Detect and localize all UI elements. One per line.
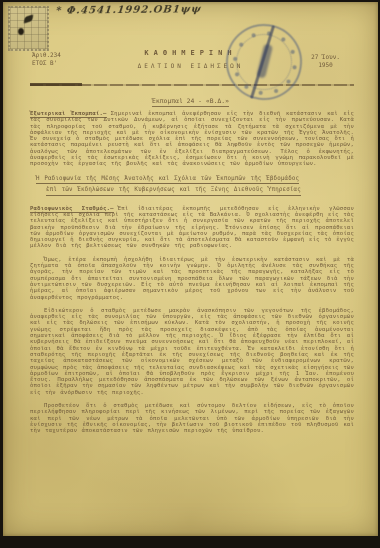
document-title: Ἐκπομπαὶ 24 - «Β.Δ.» <box>3 97 378 105</box>
header-divider-rule <box>30 84 354 86</box>
section-heading-line1: Ἡ Ραδιοφωνία τῆς Μέσης Ἀνατολῆς καὶ Σχόλ… <box>36 175 299 185</box>
date-day: 27 Ἰουν. <box>311 54 340 62</box>
paragraph: Ἐξωτερικαὶ Ἐκπομπαί.—Σημεριναὶ ἐκπομπαὶ … <box>30 111 354 168</box>
scan-background: * Φ.4541.1992.ΟΒ1ψψ Ἀριθ.234 ΕΤΟΣ Β' ΚΑΘ… <box>0 0 380 548</box>
ink-dot-mark <box>18 28 24 35</box>
document-page: * Φ.4541.1992.ΟΒ1ψψ Ἀριθ.234 ΕΤΟΣ Β' ΚΑΘ… <box>3 2 378 536</box>
postage-stamp <box>8 6 49 51</box>
ink-check-mark <box>24 14 34 24</box>
paragraph: Εἰδικώτερον ὁ σταθμὸς μετέδωσε μακρὰν ἀν… <box>30 308 354 396</box>
paragraph: Ὅμως, ἑτέρα ἐκπομπὴ ἠσχολήθη ἰδιαιτέρως … <box>30 257 354 301</box>
date-year: 1950 <box>311 62 340 70</box>
document-body: Ἐξωτερικαὶ Ἐκπομπαί.—Σημεριναὶ ἐκπομπαὶ … <box>30 111 354 441</box>
paragraph-text: Προσθετέον ὅτι ὁ σταθμὸς μετέδωσε καὶ σύ… <box>30 403 354 434</box>
date-block: 27 Ἰουν. 1950 <box>311 54 340 69</box>
handwritten-reference: * Φ.4541.1992.ΟΒ1ψψ <box>55 4 202 17</box>
paragraph: Προσθετέον ὅτι ὁ σταθμὸς μετέδωσε καὶ σύ… <box>30 403 354 434</box>
document-title-text: Ἐκπομπαὶ 24 - «Β.Δ.» <box>152 97 229 107</box>
paragraph-text: Εἰδικώτερον ὁ σταθμὸς μετέδωσε μακρὰν ἀν… <box>30 308 354 396</box>
paragraph: Ραδιοφωνικὸς Σταθμός.—Ἐπὶ ἰδιαιτέρας ἐκπ… <box>30 206 354 250</box>
section-heading-line2: ἐπὶ τῶν Ἐκδηλώσεων τῆς Κυβερνήσεως καὶ τ… <box>46 186 301 196</box>
section-heading: Ἡ Ραδιοφωνία τῆς Μέσης Ἀνατολῆς καὶ Σχόλ… <box>36 175 354 198</box>
paragraph-text: Ἐπὶ ἰδιαιτέρας ἐκπομπῆς μετεδόθησαν εἰς … <box>30 206 354 250</box>
paragraph-text: Σημεριναὶ ἐκπομπαὶ ἀνεφέρθησαν εἰς τὴν δ… <box>30 111 354 167</box>
paragraph-text: Ὅμως, ἑτέρα ἐκπομπὴ ἠσχολήθη ἰδιαιτέρως … <box>30 257 354 301</box>
